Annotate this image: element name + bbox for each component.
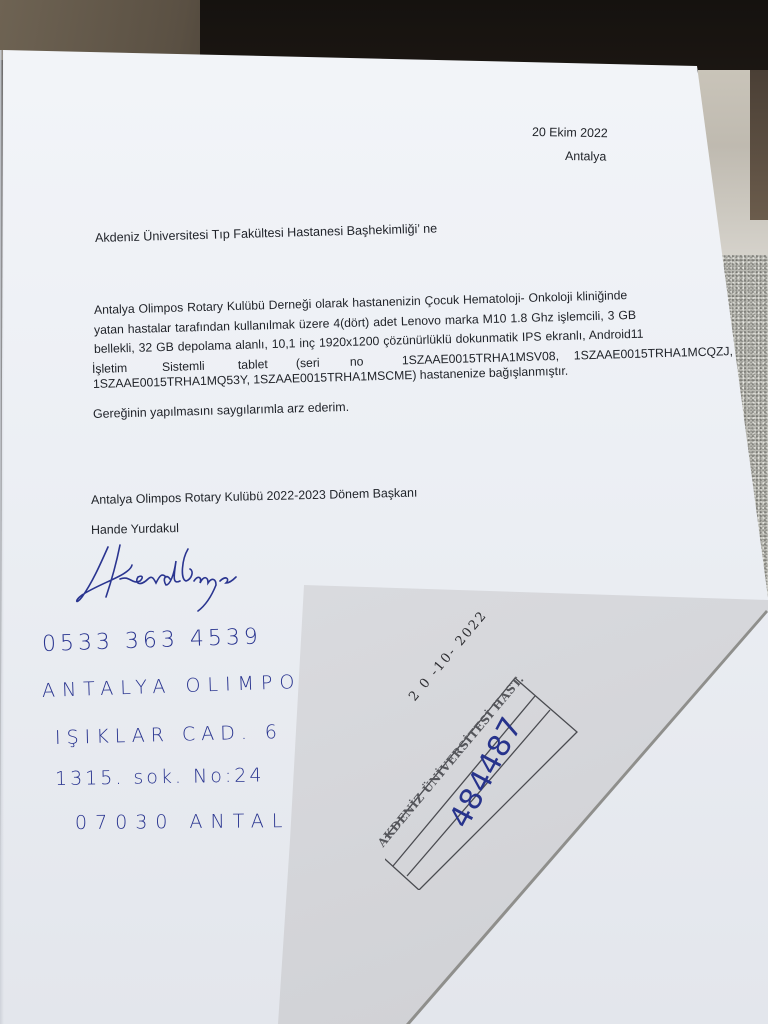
handwritten-address-line: 1315. sok. No:24 [55,764,265,790]
serial-number: 1SZAAE0015TRHA1MCQZJ, [574,345,733,362]
word: no [350,354,402,368]
handwritten-address-line: 07030 ANTAL [75,810,291,834]
letter-date: 20 Ekim 2022 [532,126,608,140]
handwritten-signature [70,535,240,615]
word: İşletim [92,361,162,375]
signatory-title: Antalya Olimpos Rotary Kulübü 2022-2023 … [91,487,418,507]
word: (seri [296,356,350,370]
letter-recipient: Akdeniz Üniversitesi Tıp Fakültesi Hasta… [95,222,437,244]
letter-city: Antalya [565,150,607,163]
letter-content: 20 Ekim 2022 Antalya Akdeniz Üniversites… [0,0,768,600]
word: Sistemli [162,359,238,373]
word: tablet [238,357,296,371]
closing-sentence: Gereğinin yapılmasını saygılarımla arz e… [93,401,349,421]
